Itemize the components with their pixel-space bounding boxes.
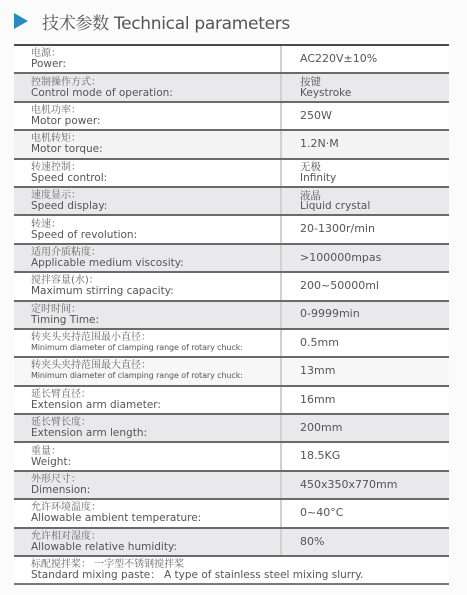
value-text: AC220V±10%	[300, 54, 449, 65]
table-row-arm-length: 延长臂长度： Extension arm length: 200mm	[14, 415, 449, 443]
table-row-chuck-min-diameter: 转夹头夹持范围最小直径： Minimum diameter of clampin…	[14, 330, 449, 358]
param-value: 450x350x770mm	[282, 472, 449, 498]
label-en: Weight:	[31, 457, 280, 467]
param-value: 0-9999min	[282, 302, 449, 328]
label-zh: 电源：	[31, 49, 280, 59]
value-text: 200~50000ml	[300, 281, 449, 292]
param-value: 0~40°C	[282, 500, 449, 526]
table-row-speed-display: 速度显示： Speed display: 液晶 Liquid crystal	[14, 188, 449, 216]
param-value: 80%	[282, 529, 449, 555]
label-en: Speed control:	[31, 173, 280, 183]
table-row-stirring-capacity: 搅拌容量(水)： Maximum stirring capacity: 200~…	[14, 273, 449, 301]
label-en: Minimum diameter of clamping range of ro…	[31, 343, 280, 353]
value-text-en: Liquid crystal	[300, 201, 449, 212]
section-title: 技术参数 Technical parameters	[42, 9, 290, 34]
table-row-control-mode: 控制操作方式： Control mode of operation: 按键 Ke…	[14, 74, 449, 102]
param-label: 转夹头夹持范围最小直径： Minimum diameter of clampin…	[14, 330, 282, 356]
parameters-table: 电源： Power: AC220V±10% 控制操作方式： Control mo…	[14, 44, 449, 585]
value-text-zh: 按键	[300, 77, 449, 88]
param-value: 20-1300r/min	[282, 216, 449, 242]
param-value: 1.2N·M	[282, 131, 449, 157]
label-en: Speed display:	[31, 201, 280, 211]
param-label: 转速控制： Speed control:	[14, 160, 282, 186]
label-en: Extension arm length:	[31, 428, 280, 438]
param-label: 转速： Speed of revolution:	[14, 216, 282, 242]
label-zh: 转夹头夹持范围最小直径：	[31, 333, 280, 343]
param-value: AC220V±10%	[282, 46, 449, 72]
param-value: 13mm	[282, 358, 449, 384]
param-label: 重量： Weight:	[14, 443, 282, 469]
param-value: >100000mpas	[282, 245, 449, 271]
param-value: 0.5mm	[282, 330, 449, 356]
param-label: 速度显示： Speed display:	[14, 188, 282, 214]
table-row-motor-torque: 电机转矩： Motor torque: 1.2N·M	[14, 131, 449, 159]
param-value: 液晶 Liquid crystal	[282, 188, 449, 214]
table-row-speed-of-revolution: 转速： Speed of revolution: 20-1300r/min	[14, 216, 449, 244]
label-en: Applicable medium viscosity:	[31, 258, 280, 268]
value-text: >100000mpas	[300, 253, 449, 264]
value-text: 0-9999min	[300, 309, 449, 320]
label-en: Timing Time:	[31, 315, 280, 325]
param-label: 电机功率： Motor power:	[14, 103, 282, 129]
table-row-viscosity: 适用介质粘度： Applicable medium viscosity: >10…	[14, 245, 449, 273]
value-text-en: Keystroke	[300, 88, 449, 99]
label-en: Speed of revolution:	[31, 230, 280, 240]
param-label: 适用介质粘度： Applicable medium viscosity:	[14, 245, 282, 271]
value-text: 13mm	[300, 366, 449, 377]
label-en: Motor power:	[31, 116, 280, 126]
param-value: 200mm	[282, 415, 449, 441]
param-label: 延长臂直径： Extension arm diameter:	[14, 387, 282, 413]
value-text-en: Infinity	[300, 173, 449, 184]
param-label: 定时时间： Timing Time:	[14, 302, 282, 328]
value-text: 20-1300r/min	[300, 224, 449, 235]
label-zh: 转夹头夹持范围最大直径：	[31, 361, 280, 371]
label-en: Extension arm diameter:	[31, 400, 280, 410]
value-text: 0~40°C	[300, 508, 449, 519]
param-label: 允许环境温度： Allowable ambient temperature:	[14, 500, 282, 526]
value-text: 200mm	[300, 423, 449, 434]
table-row-dimension: 外形尺寸： Dimension: 450x350x770mm	[14, 472, 449, 500]
param-value: 18.5KG	[282, 443, 449, 469]
label-en: Minimum diameter of clamping range of ro…	[31, 371, 280, 381]
table-row-motor-power: 电机功率： Motor power: 250W	[14, 103, 449, 131]
label-en: Power:	[31, 59, 280, 69]
value-text: 450x350x770mm	[300, 480, 449, 491]
param-label: 转夹头夹持范围最大直径： Minimum diameter of clampin…	[14, 358, 282, 384]
table-row-chuck-max-diameter: 转夹头夹持范围最大直径： Minimum diameter of clampin…	[14, 358, 449, 386]
value-text: 1.2N·M	[300, 139, 449, 150]
table-row-weight: 重量： Weight: 18.5KG	[14, 443, 449, 471]
label-en: Allowable ambient temperature:	[31, 513, 280, 523]
label-en: Allowable relative humidity:	[31, 542, 280, 552]
value-text: 0.5mm	[300, 338, 449, 349]
param-label: 允许相对湿度： Allowable relative humidity:	[14, 529, 282, 555]
table-row-speed-control: 转速控制： Speed control: 无极 Infinity	[14, 160, 449, 188]
param-value: 16mm	[282, 387, 449, 413]
param-label: 搅拌容量(水)： Maximum stirring capacity:	[14, 273, 282, 299]
value-text: 250W	[300, 111, 449, 122]
table-row-timing-time: 定时时间： Timing Time: 0-9999min	[14, 302, 449, 330]
value-text: 18.5KG	[300, 451, 449, 462]
label-en: Standard mixing paste： A type of stainle…	[31, 570, 449, 580]
param-value: 按键 Keystroke	[282, 74, 449, 100]
table-row-relative-humidity: 允许相对湿度： Allowable relative humidity: 80%	[14, 529, 449, 557]
param-label: 延长臂长度： Extension arm length:	[14, 415, 282, 441]
play-triangle-icon	[14, 13, 28, 29]
value-text: 16mm	[300, 395, 449, 406]
label-en: Dimension:	[31, 485, 280, 495]
param-label: 电机转矩： Motor torque:	[14, 131, 282, 157]
table-row-ambient-temperature: 允许环境温度： Allowable ambient temperature: 0…	[14, 500, 449, 528]
param-label: 电源： Power:	[14, 46, 282, 72]
table-row-standard-mixing-paste: 标配搅拌桨： 一字型不锈钢搅拌桨 Standard mixing paste： …	[14, 557, 449, 585]
label-en: Control mode of operation:	[31, 88, 280, 98]
param-value: 200~50000ml	[282, 273, 449, 299]
param-value: 无极 Infinity	[282, 160, 449, 186]
section-header: 技术参数 Technical parameters	[14, 8, 290, 34]
param-label: 外形尺寸： Dimension:	[14, 472, 282, 498]
param-value: 250W	[282, 103, 449, 129]
param-label: 标配搅拌桨： 一字型不锈钢搅拌桨 Standard mixing paste： …	[14, 557, 449, 583]
table-row-arm-diameter: 延长臂直径： Extension arm diameter: 16mm	[14, 387, 449, 415]
param-label: 控制操作方式： Control mode of operation:	[14, 74, 282, 100]
label-en: Motor torque:	[31, 144, 280, 154]
table-row-power: 电源： Power: AC220V±10%	[14, 46, 449, 74]
label-en: Maximum stirring capacity:	[31, 286, 280, 296]
value-text: 80%	[300, 537, 449, 548]
